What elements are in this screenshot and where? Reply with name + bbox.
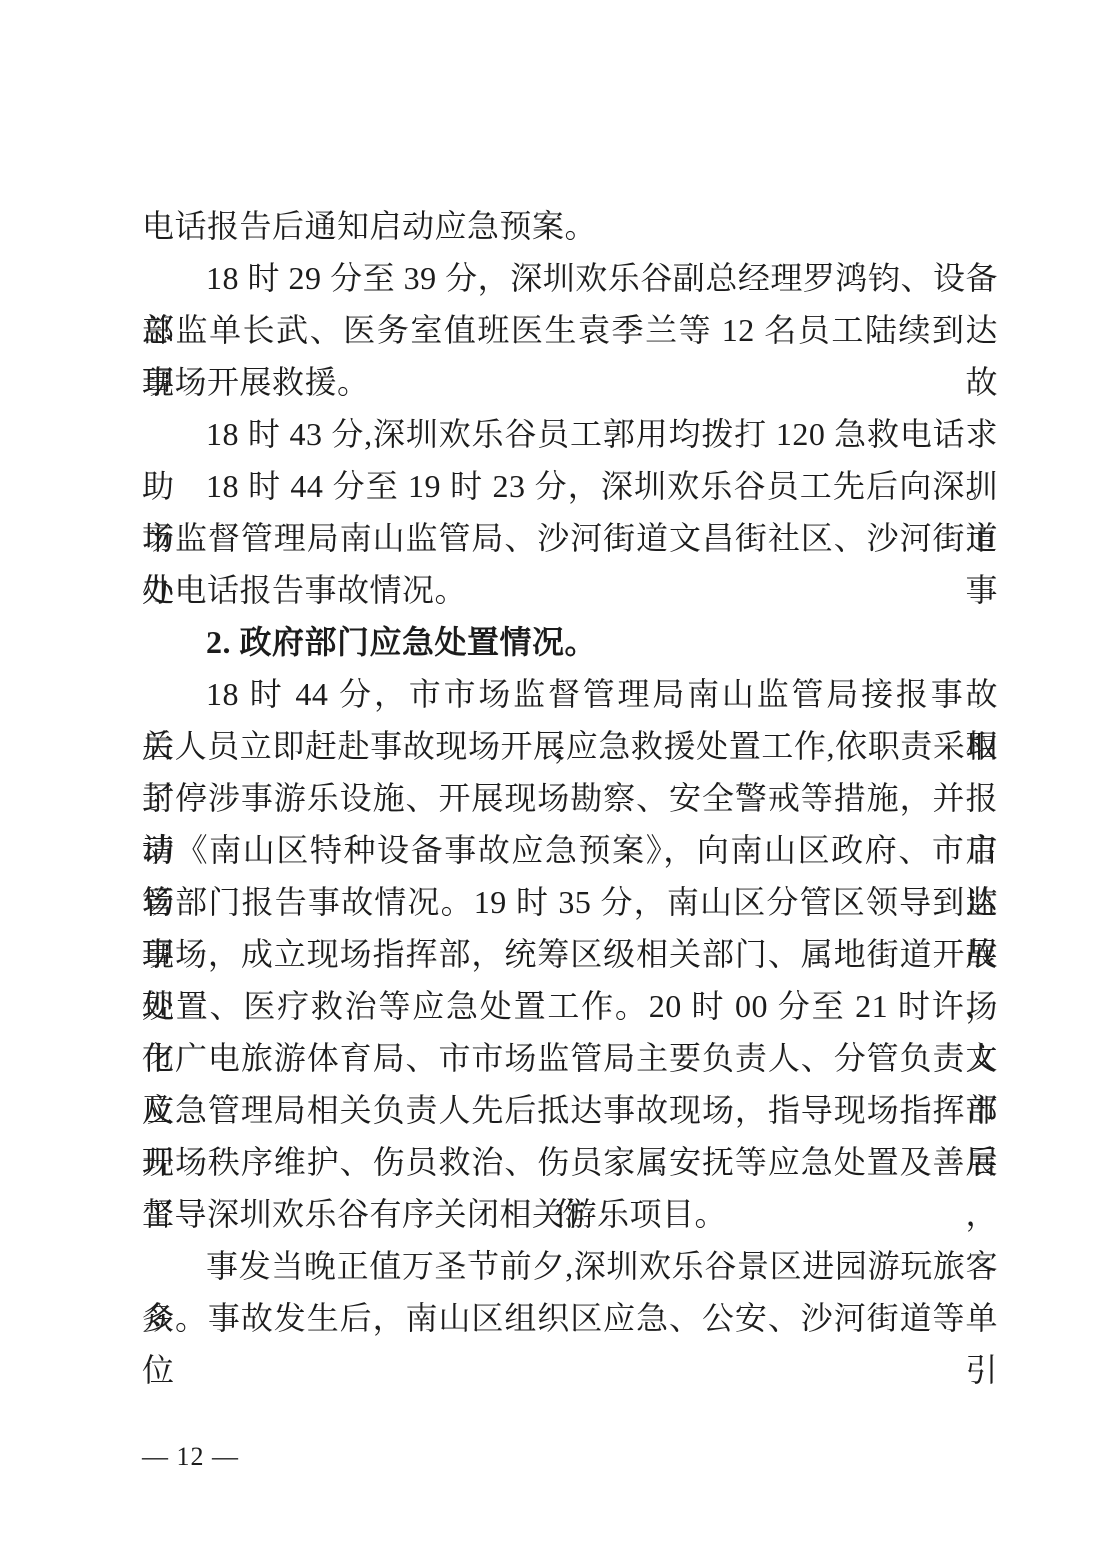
text-line-22: 多。事故发生后，南山区组织区应急、公安、沙河街道等单位引 bbox=[142, 1292, 998, 1344]
text-line-21: 事发当晚正值万圣节前夕,深圳欢乐谷景区进园游玩旅客众 bbox=[142, 1240, 998, 1292]
text-line-18: 应急管理局相关负责人先后抵达事故现场，指导现场指挥部开展 bbox=[142, 1084, 998, 1136]
text-line-17: 化广电旅游体育局、市市场监管局主要负责人、分管负责人及市 bbox=[142, 1032, 998, 1084]
text-line-2: 18 时 29 分至 39 分，深圳欢乐谷副总经理罗鸿钧、设备部 bbox=[142, 252, 998, 304]
body-text: 电话报告后通知启动应急预案。 18 时 29 分至 39 分，深圳欢乐谷副总经理… bbox=[142, 200, 998, 1344]
text-line-12: 封停涉事游乐设施、开展现场勘察、安全警戒等措施，并报请启 bbox=[142, 772, 998, 824]
document-page: 电话报告后通知启动应急预案。 18 时 29 分至 39 分，深圳欢乐谷副总经理… bbox=[0, 0, 1102, 1559]
text-line-5: 18 时 43 分,深圳欢乐谷员工郭用均拨打 120 急救电话求助。 bbox=[142, 408, 998, 460]
text-line-14: 管部门报告事故情况。19 时 35 分，南山区分管区领导到达事故 bbox=[142, 876, 998, 928]
text-line-15: 现场，成立现场指挥部，统筹区级相关部门、属地街道开展现场 bbox=[142, 928, 998, 980]
page-number: — 12 — bbox=[142, 1442, 239, 1472]
text-line-7: 场监督管理局南山监管局、沙河街道文昌街社区、沙河街道办事 bbox=[142, 512, 998, 564]
section-heading: 2. 政府部门应急处置情况。 bbox=[142, 616, 998, 668]
text-line-3: 总监单长武、医务室值班医生袁季兰等 12 名员工陆续到达事故 bbox=[142, 304, 998, 356]
text-line-16: 处置、医疗救治等应急处置工作。20 时 00 分至 21 时许，市文 bbox=[142, 980, 998, 1032]
text-line-10: 18 时 44 分，市市场监督管理局南山监管局接报事故后，相 bbox=[142, 668, 998, 720]
text-line-6: 18 时 44 分至 19 时 23 分，深圳欢乐谷员工先后向深圳市市 bbox=[142, 460, 998, 512]
text-line-19: 现场秩序维护、伤员救治、伤员家属安抚等应急处置及善后工作， bbox=[142, 1136, 998, 1188]
text-line-13: 动《南山区特种设备事故应急预案》，向南山区政府、市市场监 bbox=[142, 824, 998, 876]
text-line-1: 电话报告后通知启动应急预案。 bbox=[142, 200, 998, 252]
text-line-11: 关人员立即赶赴事故现场开展应急救援处置工作,依职责采取了 bbox=[142, 720, 998, 772]
